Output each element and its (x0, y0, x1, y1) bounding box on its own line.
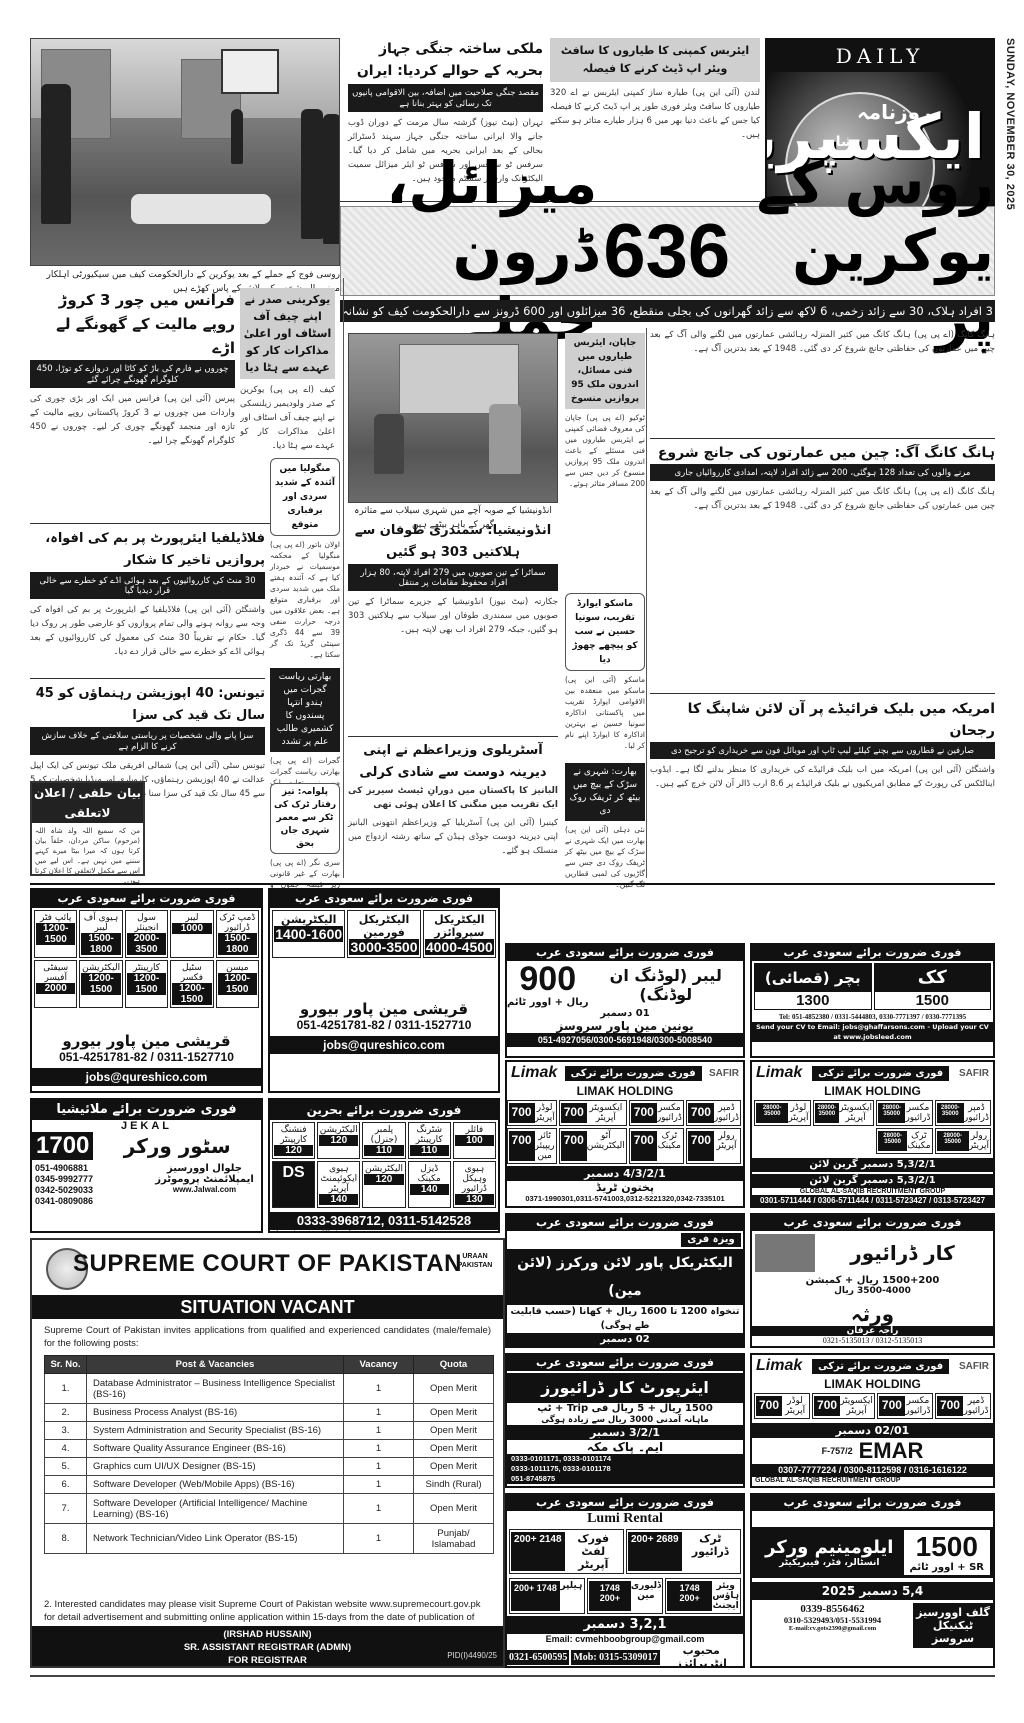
ad-phone: 051-4927056/0300-5691948/0300-5008540 (507, 1033, 743, 1047)
story-moscow-award: ماسکو ایوارڈ تقریب، سونیا حسین نے سب کو … (565, 593, 645, 723)
ad-lumi-rental: فوری ضرورت برائے سعودی عرب Lumi Rental ٹ… (505, 1493, 745, 1668)
story-body: واشنگٹن (آئی این پی) امریکہ میں اب بلیک … (650, 763, 995, 791)
job-cell: ایکسویٹر آپریٹر28000-35000 (813, 1100, 875, 1126)
ad-phone: 051-4251781-82 / 0311-1527710 (270, 1018, 498, 1032)
masthead-brand: DAILY EXPRESS (767, 40, 993, 72)
story-headline: ہانگ کانگ آگ: چین میں عمارتوں کی جانچ شر… (650, 442, 995, 464)
job-title: مکسر ڈرائیور (657, 1103, 682, 1123)
phone: 0321-6500595 (507, 1650, 569, 1665)
job-title: فنشنگ کارپینٹر (280, 1125, 307, 1145)
job-cell: ایکسویٹر آپریٹر700 (812, 1393, 875, 1419)
ad-monthly: ماہانہ آمدنی 3000 ریال سے زیادہ ہوگی (507, 1414, 743, 1425)
ad-pay-box: 1500 SR + اوور ٹائم (904, 1530, 990, 1575)
dateline: SUNDAY, NOVEMBER 30, 2025 (998, 38, 1016, 238)
job-cell: ہیوی ایکوئپمنٹ آپریٹر140 (317, 1161, 360, 1208)
phone: 0345-9992777 (35, 1174, 148, 1185)
ad-website: www.Jalwal.com (148, 1185, 261, 1194)
ad-phones: 0321-5135013 / 0312-5135013 0333-6780748… (752, 1336, 993, 1348)
table-row: 6.Software Developer (Web/Mobile Apps) (… (45, 1476, 494, 1494)
story-headline: ملکی ساختہ جنگی جہاز بحریہ کے حوالے کردی… (348, 38, 543, 82)
job-title: آٹو الیکٹریشن (587, 1131, 625, 1161)
job-cell: ٹائر ریپیئر مین700 (507, 1128, 557, 1164)
job-title: الیکٹریکل فورمین (359, 913, 409, 939)
ad-smart-bahrain: فوری ضرورت برائے بحرین فائلر100 شٹرنگ کا… (268, 1098, 500, 1233)
story-headline: انڈونیشیا: سمندری طوفان سے ہلاکتیں 303 ہ… (348, 520, 558, 564)
story-headline: منگولیا میں آئندہ کے شدید سردی اور برفبا… (270, 458, 340, 536)
cell-quota: Open Merit (414, 1458, 494, 1476)
ad-contacts: 0339-8556462 0310-5329493/051-5531994 E-… (752, 1603, 913, 1648)
job-butcher: بچر (قصائی) 1300 (754, 963, 872, 1010)
ad-visa: ویزہ فری (681, 1233, 741, 1247)
job-cell: فائلر100 (453, 1122, 496, 1159)
job-pay: 700 (561, 1131, 587, 1161)
job-title: ڈیزل مکینک (418, 1164, 441, 1184)
job-pay: 700 (814, 1396, 840, 1416)
supreme-court-ad: SUPREME COURT OF PAKISTAN URAAN PAKISTAN… (30, 1238, 505, 1668)
story-subhead: البانیز کا پاکستان میں دورانِ ٹیسٹ سیریز… (348, 784, 558, 812)
job-title: ایکسویٹر آپریٹر (840, 1396, 873, 1416)
job-pay: 1200-1500 (172, 983, 211, 1005)
safir-logo: SAFIR (959, 1361, 989, 1372)
ad-qureshi-saudi-1: فوری ضرورت برائے سعودی عرب ڈمپ ٹرک ڈرائی… (30, 888, 263, 1093)
job-pay: 1000 (172, 923, 211, 934)
job-title: بچر (قصائی) (755, 964, 871, 992)
job-pay: 2148 +200 (511, 1532, 565, 1571)
newspaper-page: روسی فوج کے حملے کے بعد یوکرین کے دارالح… (30, 38, 995, 1683)
job-cell: ٹرک مکینک28000-35000 (876, 1128, 933, 1154)
ad-agency: قریشی مین پاور بیورو (32, 1032, 261, 1050)
job-title: ٹرک مکینک (907, 1131, 930, 1151)
cell-sr: 6. (45, 1476, 87, 1494)
job-pay: 700 (937, 1396, 963, 1416)
job-pay: 120 (319, 1135, 358, 1146)
job-pay: 700 (509, 1103, 535, 1123)
job-pay: 700 (879, 1396, 905, 1416)
job-title: ایکسویٹر آپریٹر (587, 1103, 625, 1123)
ad-job: سٹور ورکر (93, 1134, 261, 1158)
story-headline: امریکہ میں بلیک فرائیڈے پر آن لائن شاپنگ… (650, 698, 995, 742)
ad-jekal-malaysia: فوری ضرورت برائے ملائیشیا JEKAL 1700 سٹو… (30, 1098, 263, 1233)
ad-agency: محبوب انٹرپرائزز (660, 1644, 743, 1668)
phone: 0333-1011175, 0333-0101178 (511, 1464, 743, 1474)
ad-job-box: ایلومینیم ورکر انسٹالر، فٹر، فیبریکیٹر (755, 1537, 904, 1568)
ad-test-dates: 02/01 دسمبر (752, 1423, 993, 1438)
job-cell: آٹو الیکٹریشن700 (559, 1128, 627, 1164)
ad-header: فوری ضرورت برائے سعودی عرب (752, 1215, 993, 1231)
ad-company: LIMAK HOLDING (507, 1084, 743, 1098)
ad-pay: 1700 (32, 1132, 93, 1160)
job-pay: 700 (631, 1103, 657, 1123)
job-title: ڈمپ ٹرک ڈرائیور (219, 913, 255, 933)
story-body: ٹوکیو (اے پی پی) جاپان کی معروف فضائی کم… (565, 412, 645, 489)
ad-header: فوری ضرورت برائے سعودی عرب (507, 1355, 743, 1371)
cell-vacancy: 1 (344, 1404, 414, 1422)
job-cell: مکسر ڈرائیور700 (629, 1100, 684, 1126)
job-cell: ٹرک مکینک700 (629, 1128, 684, 1164)
lead-body: ہانگ کانگ (اے پی پی) ہانگ کانگ میں کثیر … (650, 328, 995, 433)
story-india-traffic: بھارت: شہری نے سڑک کے بیچ میں بیٹھ کر ٹر… (565, 763, 645, 873)
ad-test-dates: 3,2,1 دسمبر (507, 1616, 743, 1634)
ad-job: ایلومینیم ورکر (755, 1537, 904, 1558)
ad-group: GLOBAL AL-SAQIB RECRUITMENT GROUP (752, 1188, 993, 1195)
story-indonesia: انڈونیشیا: سمندری طوفان سے ہلاکتیں 303 ہ… (348, 520, 558, 720)
ad-gulf-aluminium: فوری ضرورت برائے سعودی عرب 1500 SR + اوو… (750, 1493, 995, 1668)
ad-test-dates: 5,4 دسمبر 2025 (752, 1582, 993, 1600)
story-body: لندن (آئی این پی) طیارہ ساز کمپنی ایئربس… (550, 86, 760, 142)
job-cell: سٹیل فکسر1200-1500 (170, 960, 213, 1008)
job-pay: 1200-1500 (218, 973, 257, 995)
job-cell: میسن1200-1500 (216, 960, 259, 1008)
safir-logo: SAFIR (709, 1068, 739, 1079)
cell-post: Business Process Analyst (BS-16) (87, 1404, 344, 1422)
ad-agency: یونین مین پاور سروسز (507, 1019, 743, 1033)
job-title: الیکٹریشن (320, 1125, 358, 1135)
col-sr: Sr. No. (45, 1356, 87, 1374)
ad-agency: گلف اوورسیز ٹیکنیکل سروسز (913, 1603, 993, 1648)
job-title: ڈمپر ڈرائیور (714, 1103, 739, 1123)
lead-body-text: ہانگ کانگ (اے پی پی) ہانگ کانگ میں کثیر … (650, 330, 995, 354)
story-pulwama: پلوامہ: تیز رفتار ٹرک کی ٹکر سے معمر شہر… (270, 783, 340, 878)
cell-vacancy: 1 (344, 1458, 414, 1476)
story-subhead: 30 منٹ کی کارروائیوں کے بعد ہوائی اڈے کو… (30, 572, 265, 599)
col-quota: Quota (414, 1356, 494, 1374)
job-title: ہیوی وہیکل ڈرائیور (462, 1164, 487, 1194)
ad-address: F-757/2 (822, 1446, 853, 1456)
phone: 0342-5029033 (35, 1185, 148, 1196)
job-pay: 700 (509, 1131, 535, 1161)
story-body: نئی دہلی (آئی این پی) بھارت میں ایک شہری… (565, 824, 645, 890)
job-cell: ہیلپر1748 +200 (509, 1578, 585, 1614)
phone: 051-4906881 (35, 1163, 148, 1174)
ad-pay: 900 (507, 961, 589, 997)
story-subhead: صارفین نے قطاروں سے بچنے کیلئے لیپ ٹاپ ا… (650, 742, 995, 759)
ad-phone: 0307-7777224 / 0300-8112598 / 0316-16161… (752, 1464, 993, 1477)
story-headline: فلاڈیلفیا ایئرپورٹ پر بم کی افواہ، پرواز… (30, 528, 265, 572)
sc-title: SUPREME COURT OF PAKISTAN (32, 1250, 503, 1278)
cell-quota: Open Merit (414, 1422, 494, 1440)
job-pay: 28000-35000 (878, 1131, 907, 1151)
job-title: کارپینٹر (133, 963, 160, 973)
sc-signatory-for: FOR REGISTRAR (32, 1654, 503, 1667)
col-post: Post & Vacancies (87, 1356, 344, 1374)
ad-cook-butcher: فوری ضرورت برائے سعودی عرب کک 1500 بچر (… (750, 943, 995, 1058)
table-row: 4.Software Quality Assurance Engineer (B… (45, 1440, 494, 1458)
lead-photo (30, 38, 340, 266)
ad-pay: 1500 (910, 1532, 984, 1562)
cell-post: Database Administrator – Business Intell… (87, 1374, 344, 1404)
ad-pay: 1500 ریال + 5 ریال فی Trip + ٹپ (507, 1403, 743, 1414)
story-body: کینبرا (آئی این پی) آسٹریلیا کے وزیراعظم… (348, 816, 558, 858)
ad-email: dsmartservices@hotmail.com (270, 1230, 498, 1233)
ad-limak-2: Limak فوری ضرورت برائے ترکی SAFIR LIMAK … (750, 1060, 995, 1208)
ad-header: فوری ضرورت برائے ترکی (565, 1066, 702, 1081)
sc-signature-block: (IRSHAD HUSSAIN) SR. ASSISTANT REGISTRAR… (32, 1626, 503, 1666)
job-title: ایکسویٹر آپریٹر (839, 1103, 872, 1123)
job-title: الیکٹریشن (365, 1164, 403, 1174)
phone: 0333-6780748 / 0331-6780748 (752, 1345, 993, 1348)
ad-test-dates: 4/3/2/1 دسمبر (507, 1166, 743, 1181)
story-headline: آسٹریلوی وزیراعظم نے اپنی دیرینہ دوست سے… (348, 740, 558, 784)
job-pay: 4000-4500 (425, 939, 494, 955)
phone: 0310-5329493/051-5531994 (752, 1615, 913, 1625)
cell-post: System Administration and Security Speci… (87, 1422, 344, 1440)
ad-job: کار ڈرائیور (815, 1241, 990, 1265)
story-body: اولان باتور (اے پی پی) منگولیا کے محکمہ … (270, 539, 340, 660)
job-title: رولر آپریٹر (714, 1131, 739, 1161)
cell-sr: 2. (45, 1404, 87, 1422)
cell-vacancy: 1 (344, 1422, 414, 1440)
job-pay: 100 (455, 1135, 494, 1146)
sc-pid: PID(I)4490/25 (447, 1649, 497, 1662)
ad-header: فوری ضرورت برائے سعودی عرب (507, 1215, 743, 1231)
story-headline: بھارتی ریاست گجرات میں ہندو انتہا پسندوں… (270, 668, 340, 752)
disclaimer-heading: بیان حلفی / اعلان لاتعلقی (32, 783, 143, 823)
job-title: لوڈر آپریٹر (788, 1103, 808, 1123)
ad-header: فوری ضرورت برائے سعودی عرب (270, 890, 498, 908)
job-cell: سیفٹی آفیسر2000 (34, 960, 77, 1008)
ad-test-dates: 5,3/2/1 دسمبر گرین لائن (752, 1174, 993, 1188)
ad-company: Lumi Rental (507, 1511, 743, 1527)
ad-pay: 1500+200 ریال + کمیشن (752, 1275, 993, 1286)
job-cell: الیکٹریکل سپروائزر4000-4500 (423, 910, 496, 958)
job-title: ہیوی ایکوئپمنٹ آپریٹر (321, 1164, 358, 1194)
story-body: واشنگٹن (آئی این پی) فلاڈیلفیا کے ایئرپو… (30, 603, 265, 659)
story-japan: جاپان، ایئربس طیاروں میں فنی مسائل، اندر… (565, 333, 645, 453)
job-pay: 1200-1500 (36, 923, 75, 945)
phone: 051-8745875 (511, 1474, 743, 1484)
ad-agency: رائل ٹریڈرز (507, 1347, 743, 1348)
story-mongolia: منگولیا میں آئندہ کے شدید سردی اور برفبا… (270, 458, 340, 618)
job-pay: 700 (631, 1131, 657, 1161)
cell-sr: 1. (45, 1374, 87, 1404)
story-headline: یوکرینی صدر نے اپنے چیف آف اسٹاف اور اعل… (240, 288, 335, 379)
job-pay: 1500-1800 (81, 933, 120, 955)
ad-header: فوری ضرورت برائے سعودی عرب (752, 1495, 993, 1511)
job-pay: 28000-35000 (937, 1131, 969, 1151)
ad-agency: پختون ٹریڈ (507, 1181, 743, 1194)
job-pay: 1200-1500 (81, 973, 120, 995)
job-pay: 120 (364, 1174, 403, 1185)
table-row: 8.Network Technician/Video Link Operator… (45, 1524, 494, 1554)
job-cell: لیبر1000 (170, 910, 213, 958)
sc-banner: SITUATION VACANT (32, 1295, 503, 1319)
phone: 0321-5135013 / 0312-5135013 (752, 1336, 993, 1345)
ad-header: فوری ضرورت برائے سعودی عرب (752, 945, 993, 961)
job-title: پائپ فٹر (40, 913, 71, 923)
cell-quota: Open Merit (414, 1440, 494, 1458)
ad-agency: ورثہ (752, 1302, 993, 1326)
sc-signatory-name: (IRSHAD HUSSAIN) (32, 1628, 503, 1641)
job-title: پلمبر (جنرل) (371, 1125, 398, 1145)
job-title: سول انجینئر (135, 913, 159, 933)
table-row: 3.System Administration and Security Spe… (45, 1422, 494, 1440)
job-title: لوڈر آپریٹر (535, 1103, 555, 1123)
story-headline: ایئربس کمپنی کا طیاروں کا سافٹ ویئر اپ ڈ… (550, 38, 760, 82)
disclaimer-notice: بیان حلفی / اعلان لاتعلقی من کہ سمیع الل… (30, 781, 145, 876)
safir-logo: SAFIR (959, 1068, 989, 1079)
ad-union-labour: فوری ضرورت برائے سعودی عرب لیبر (لوڈنگ ا… (505, 943, 745, 1058)
lead-headline: روس کے یوکرین پر 636 میزائل، ڈرون حملے (340, 206, 995, 296)
job-pay: 700 (688, 1103, 714, 1123)
lead-strap: 3 افراد ہلاک، 30 سے زائد زخمی، 6 لاکھ سے… (340, 300, 995, 322)
ad-company: JEKAL (32, 1120, 261, 1132)
job-pay: 3000-3500 (349, 939, 418, 955)
ad-pay-note: ریال + اوور ٹائم (507, 997, 589, 1008)
cell-vacancy: 1 (344, 1440, 414, 1458)
job-cell: ڈمپر ڈرائیور28000-35000 (935, 1100, 991, 1126)
job-title: الیکٹریشن (82, 963, 120, 973)
job-title: ٹائر ریپیئر مین (535, 1131, 555, 1161)
ad-sub: انسٹالر، فٹر، فیبریکیٹر (755, 1558, 904, 1568)
story-body: جکارتہ (نیٹ نیوز) انڈونیشیا کے جزیرے سما… (348, 595, 558, 637)
job-title: لوڈر آپریٹر (782, 1396, 808, 1416)
story-subhead: چوروں نے فارم کی باڑ کو کاٹا اور دروازے … (30, 360, 235, 388)
cell-quota: Open Merit (414, 1494, 494, 1524)
ad-pay: تنخواہ 1200 تا 1600 ریال + کھانا (حسب قا… (507, 1305, 743, 1333)
job-title: ڈلیوری مین (631, 1581, 661, 1611)
ad-email: E-mail:cv.gots2390@gmail.com (752, 1625, 913, 1632)
job-cell: ایکسویٹر آپریٹر700 (559, 1100, 627, 1126)
ad-header: فوری ضرورت برائے بحرین (270, 1100, 498, 1120)
table-row: 1.Database Administrator – Business Inte… (45, 1374, 494, 1404)
job-title: سیفٹی آفیسر (43, 963, 68, 983)
job-pay: 28000-35000 (756, 1103, 788, 1123)
ad-header: فوری ضرورت برائے سعودی عرب (32, 890, 261, 908)
job-title: لیبر (185, 913, 198, 923)
story-hongkong: ہانگ کانگ آگ: چین میں عمارتوں کی جانچ شر… (650, 442, 995, 642)
cell-quota: Open Merit (414, 1404, 494, 1422)
story-body: ماسکو (آئی این پی) ماسکو میں منعقدہ بین … (565, 674, 645, 751)
job-cell: الیکٹریکل فورمین3000-3500 (347, 910, 420, 958)
job-title: سٹیل فکسر (181, 963, 203, 983)
cell-vacancy: 1 (344, 1494, 414, 1524)
job-title: مکسر ڈرائیور (905, 1396, 931, 1416)
ad-header: فوری ضرورت برائے سعودی عرب (507, 945, 743, 961)
ad-agency: قریشی مین پاور بیورو (270, 1000, 498, 1018)
job-title: ڈمپر ڈرائیور (963, 1396, 989, 1416)
story-subhead: مقصد جنگی صلاحیت میں اضافہ، بین الاقوامی… (348, 84, 543, 112)
cell-sr: 8. (45, 1524, 87, 1554)
sc-vacancy-table: Sr. No. Post & Vacancies Vacancy Quota 1… (44, 1355, 494, 1554)
job-cell: ڈلیوری مین1748 +200 (587, 1578, 663, 1614)
job-cell: لوڈر آپریٹر28000-35000 (754, 1100, 811, 1126)
ad-company: LIMAK HOLDING (752, 1377, 993, 1391)
job-pay: 2000-3500 (127, 933, 166, 955)
ad-test-dates: 5,3/2/1 دسمبر گرین لائن (752, 1158, 993, 1172)
ad-phone: Tel: 051-4852380 / 0331-5444803, 0330-77… (752, 1012, 993, 1022)
cell-post: Network Technician/Video Link Operator (… (87, 1524, 344, 1554)
job-cell: ڈیزل مکینک140 (408, 1161, 451, 1208)
job-cell: الیکٹریشن120 (317, 1122, 360, 1159)
ad-email: jobs@qureshico.com (270, 1036, 498, 1054)
job-pay: 110 (410, 1145, 449, 1156)
story-subhead: سماٹرا کے تین صوبوں میں 279 افراد لاپتہ،… (348, 564, 558, 591)
ad-job: ایئرپورٹ کار ڈرائیورز (507, 1373, 743, 1403)
cell-sr: 4. (45, 1440, 87, 1458)
job-cell: لوڈر آپریٹر700 (507, 1100, 557, 1126)
job-pay: 1500 (875, 992, 991, 1009)
story-gujarat: بھارتی ریاست گجرات میں ہندو انتہا پسندوں… (270, 668, 340, 778)
ad-email: jobs@qureshico.com (32, 1068, 261, 1086)
cell-post: Software Developer (Web/Mobile Apps) (BS… (87, 1476, 344, 1494)
limak-logo: Limak (756, 1357, 802, 1375)
col-vacancy: Vacancy (344, 1356, 414, 1374)
cell-vacancy: 1 (344, 1476, 414, 1494)
disclaimer-body: من کہ سمیع اللہ ولد شاہ اللہ (مرحوم) ساک… (32, 823, 143, 889)
limak-logo: Limak (511, 1064, 557, 1082)
job-cell: الیکٹریشن120 (362, 1161, 405, 1208)
ad-contact: راجہ عرفان (752, 1326, 993, 1336)
job-pay: 1748 +200 (511, 1581, 560, 1611)
job-pay: 28000-35000 (937, 1103, 964, 1123)
story-body: پیرس (آئی این پی) فرانس میں ایک اور بڑی … (30, 392, 235, 448)
story-headline: ماسکو ایوارڈ تقریب، سونیا حسین نے سب کو … (565, 593, 645, 671)
job-cell: ٹرک ڈرائیور2689 +200 (626, 1529, 741, 1574)
cell-post: Software Quality Assurance Engineer (BS-… (87, 1440, 344, 1458)
indonesia-photo (348, 333, 558, 503)
job-cell: شٹرنگ کارپینٹر110 (408, 1122, 451, 1159)
ad-test-date: 02 دسمبر (507, 1333, 743, 1347)
ad-phone: 051-4251781-82 / 0311-1527710 (32, 1050, 261, 1064)
ad-pay-note: SR + اوور ٹائم (910, 1562, 984, 1573)
cell-sr: 3. (45, 1422, 87, 1440)
cell-post: Graphics cum UI/UX Designer (BS-15) (87, 1458, 344, 1476)
job-pay: 700 (688, 1131, 714, 1161)
story-subhead: سزا پانے والی شخصیات پر ریاستی سلامتی کے… (30, 727, 265, 755)
job-pay: 700 (561, 1103, 587, 1123)
ad-test-dates: 3/2/1 دسمبر (507, 1425, 743, 1440)
ad-qureshi-saudi-2: فوری ضرورت برائے سعودی عرب الیکٹریکل سپر… (268, 888, 500, 1093)
cell-quota: Punjab/ Islamabad (414, 1524, 494, 1554)
ad-group: GLOBAL AL-SAQIB RECRUITMENT GROUP (752, 1477, 993, 1484)
logo-ds: DS (272, 1161, 315, 1208)
job-cell: مکسر ڈرائیور28000-35000 (876, 1100, 933, 1126)
job-cell: مکسر ڈرائیور700 (877, 1393, 933, 1419)
job-pay: 120 (274, 1145, 313, 1156)
job-pay: 130 (455, 1194, 494, 1205)
ad-main: 1500 SR + اوور ٹائم ایلومینیم ورکر انسٹا… (752, 1527, 993, 1578)
job-cell: رولر آپریٹر700 (686, 1128, 741, 1164)
ad-emar-turkey: Limak فوری ضرورت برائے ترکی SAFIR LIMAK … (750, 1353, 995, 1488)
story-philadelphia: فلاڈیلفیا ایئرپورٹ پر بم کی افواہ، پرواز… (30, 528, 265, 648)
job-title: میسن (226, 963, 248, 973)
job-pay: 1748 +200 (667, 1581, 712, 1611)
ad-agency: ایم۔ پاک مکہ (507, 1440, 743, 1454)
ad-header: فوری ضرورت برائے سعودی عرب (507, 1495, 743, 1511)
job-title: شٹرنگ کارپینٹر (416, 1125, 443, 1145)
job-title: ٹرک مکینک (657, 1131, 682, 1161)
job-cell: فنشنگ کارپینٹر120 (272, 1122, 315, 1159)
sc-signatory-title: SR. ASSISTANT REGISTRAR (ADMN) (32, 1641, 503, 1654)
job-pay: 110 (364, 1145, 403, 1156)
story-headline: بھارت: شہری نے سڑک کے بیچ میں بیٹھ کر ٹر… (565, 763, 645, 821)
ad-phone: 0371-1990301,0311-5741003,0312-5221320,0… (507, 1194, 743, 1203)
cell-quota: Open Merit (414, 1374, 494, 1404)
job-pay: 2000 (36, 983, 75, 994)
job-cell: لوڈر آپریٹر700 (754, 1393, 810, 1419)
emar-logo: EMAR (859, 1438, 924, 1464)
ad-job: الیکٹریکل پاور لائن ورکرز (لائن مین) (507, 1249, 743, 1305)
job-cook: کک 1500 (874, 963, 992, 1010)
cell-sr: 7. (45, 1494, 87, 1524)
job-pay: 2689 +200 (628, 1532, 682, 1571)
job-title: مکسر ڈرائیور (905, 1103, 930, 1123)
job-pay: 1748 +200 (589, 1581, 631, 1611)
job-pay: 28000-35000 (815, 1103, 840, 1123)
job-title: فائلر (466, 1125, 484, 1135)
job-title: ہیلپر (560, 1581, 583, 1611)
job-cell: ویئر ہاؤس ایجنٹ1748 +200 (665, 1578, 741, 1614)
